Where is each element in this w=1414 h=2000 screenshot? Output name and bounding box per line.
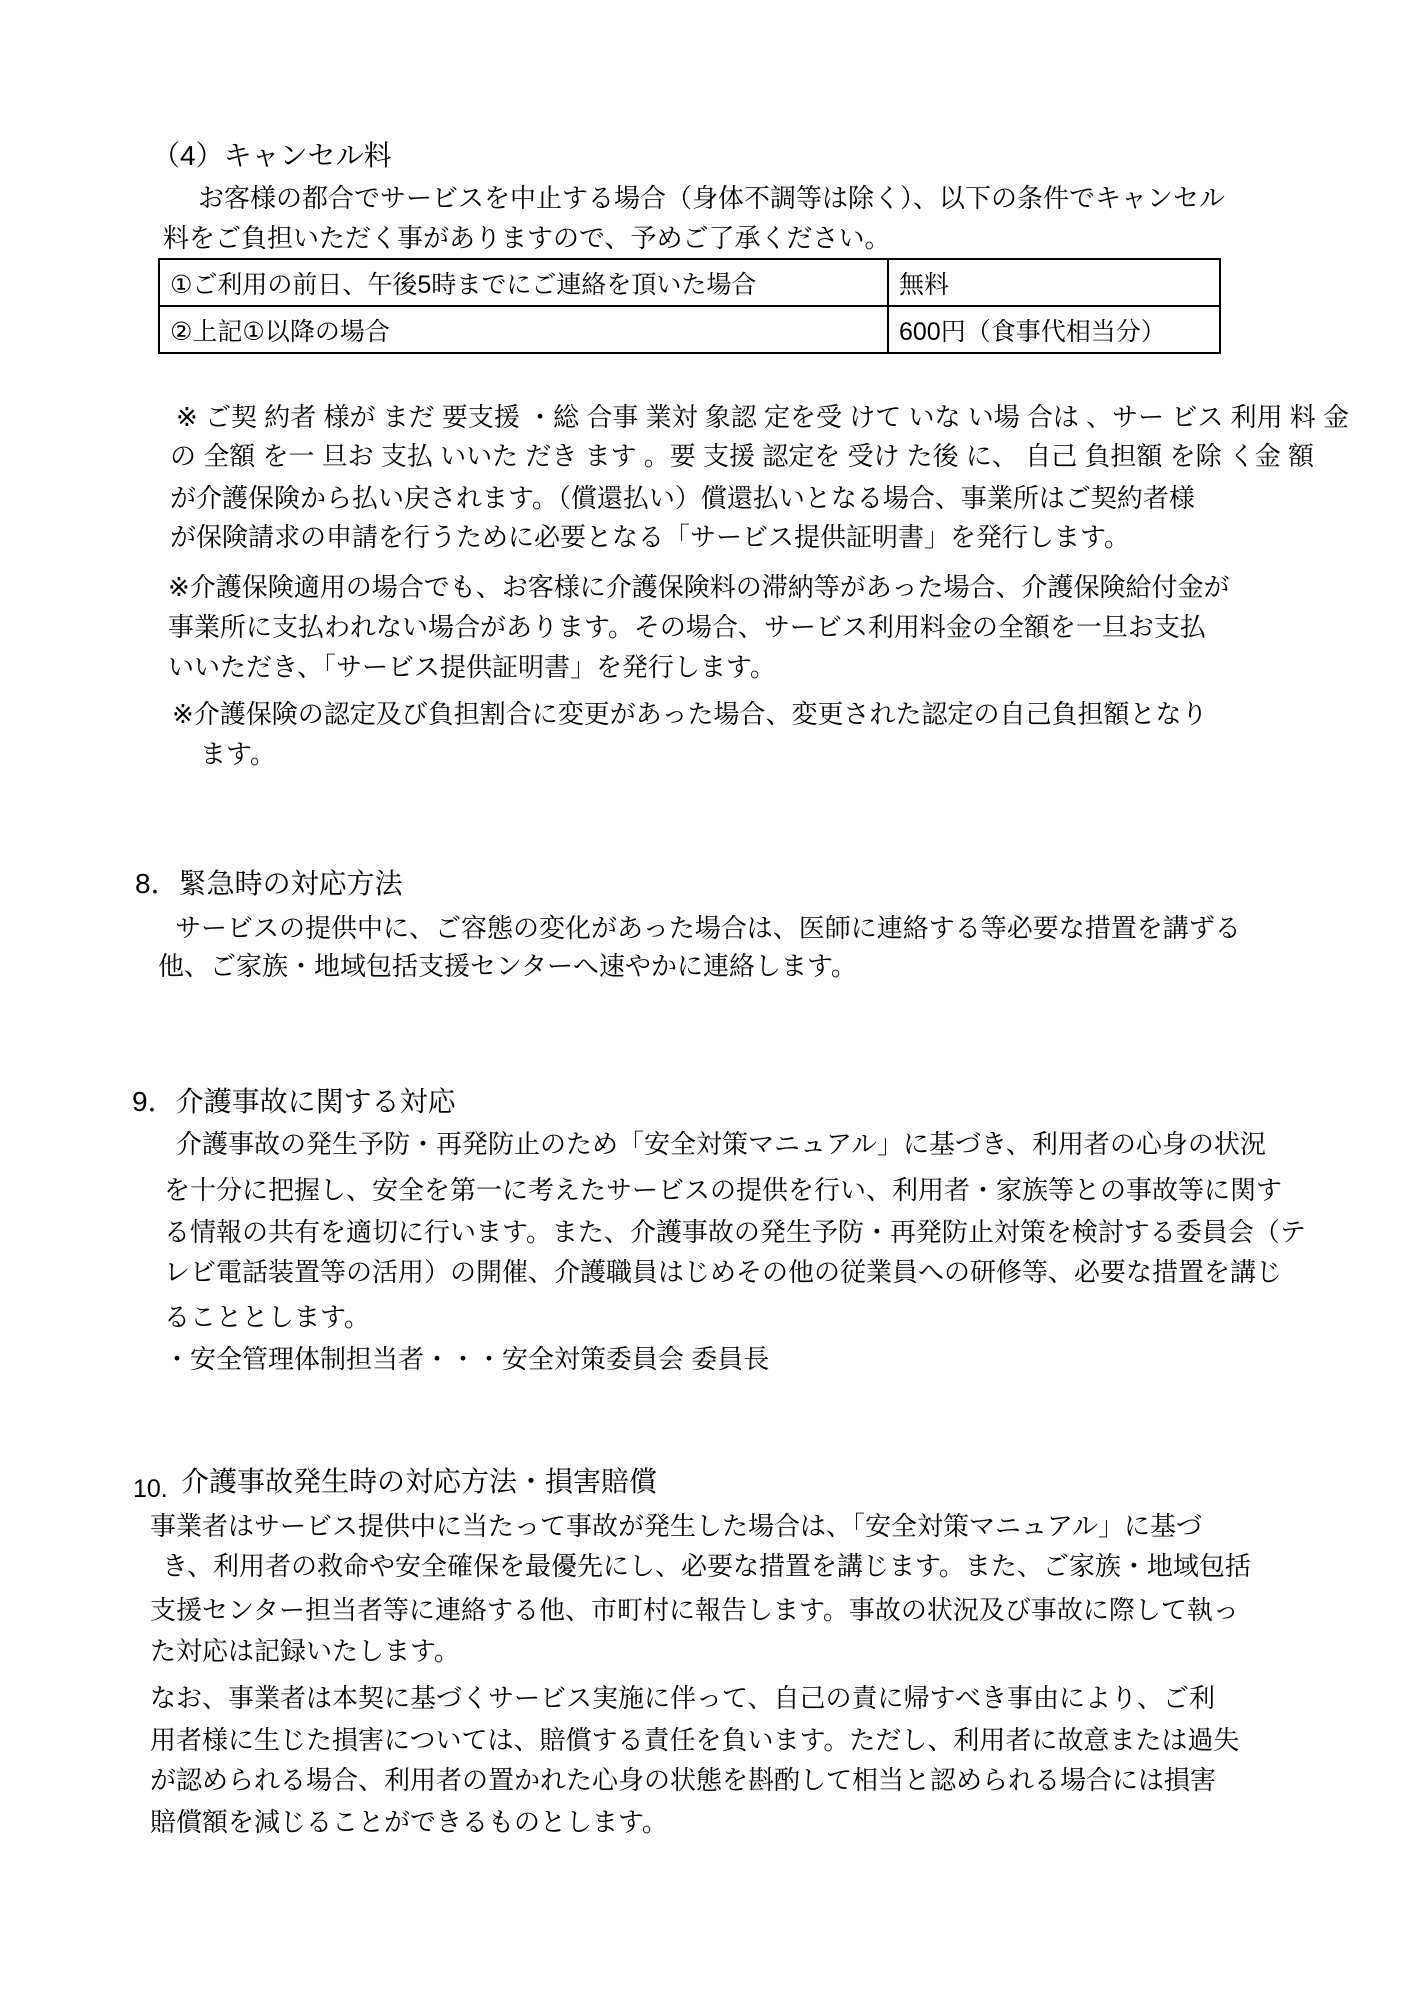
section9-heading: 9．介護事故に関する対応 xyxy=(132,1086,456,1118)
section8-body-line: サービスの提供中に、ご容態の変化があった場合は、医師に連絡する等必要な措置を講ず… xyxy=(175,914,1241,944)
section8-body-line: 他、ご家族・地域包括支援センターへ速やかに連絡します。 xyxy=(158,952,857,982)
note-line: の 全額 を一 旦お 支払 いいた だき ます 。要 支援 認定を 受け た後 … xyxy=(170,442,1314,472)
section9-body-line: 介護事故の発生予防・再発防止のため「安全対策マニュアル」に基づき、利用者の心身の… xyxy=(176,1130,1266,1160)
section10-body-line: が認められる場合、利用者の置かれた心身の状態を斟酌して相当と認められる場合には損… xyxy=(150,1766,1216,1796)
fee-condition-cell: ②上記①以降の場合 xyxy=(159,306,888,353)
section10-body-line: 支援センター担当者等に連絡する他、市町村に報告します。事故の状況及び事故に際して… xyxy=(150,1596,1239,1626)
section10-body-line: 賠償額を減じることができるものとします。 xyxy=(150,1808,668,1838)
fee-table-row: ②上記①以降の場合 600円（食事代相当分） xyxy=(159,306,1220,353)
fee-condition-cell: ①ご利用の前日、午後5時までにご連絡を頂いた場合 xyxy=(159,259,888,306)
section10-heading: 介護事故発生時の対応方法・損害賠償 xyxy=(181,1466,657,1498)
note-line: 事業所に支払われない場合があります。その場合、サービス利用料金の全額を一旦お支払 xyxy=(168,613,1206,643)
section8-heading: 8．緊急時の対応方法 xyxy=(135,868,403,900)
note-line: が保険請求の申請を行うために必要となる「サービス提供証明書」を発行します。 xyxy=(170,523,1130,553)
cancel-section-heading: （4）キャンセル料 xyxy=(152,140,392,172)
cancel-intro-line: 料をご負担いただく事がありますので、予めご了承ください。 xyxy=(163,224,890,254)
note-line: ※介護保険の認定及び負担割合に変更があった場合、変更された認定の自己負担額となり xyxy=(172,700,1208,730)
fee-table-row: ①ご利用の前日、午後5時までにご連絡を頂いた場合 無料 xyxy=(159,259,1220,306)
note-line: ※ ご契 約者 様が まだ 要支援 ・総 合事 業対 象認 定を受 けて いな … xyxy=(176,403,1349,433)
note-line: ※介護保険適用の場合でも、お客様に介護保険料の滞納等があった場合、介護保険給付金… xyxy=(168,573,1230,603)
fee-amount-cell: 600円（食事代相当分） xyxy=(888,306,1220,353)
section9-body-line: を十分に把握し、安全を第一に考えたサービスの提供を行い、利用者・家族等との事故等… xyxy=(164,1176,1282,1206)
section9-body-line: ることとします。 xyxy=(164,1303,370,1333)
section9-body-line: る情報の共有を適切に行います。また、介護事故の発生予防・再発防止対策を検討する委… xyxy=(164,1218,1306,1248)
section10-body-line: き、利用者の救命や安全確保を最優先にし、必要な措置を講じます。また、ご家族・地域… xyxy=(162,1552,1251,1582)
section10-body-line: 用者様に生じた損害については、賠償する責任を負います。ただし、利用者に故意または… xyxy=(150,1726,1239,1756)
cancel-intro-line: お客様の都合でサービスを中止する場合（身体不調等は除く）、以下の条件でキャンセル xyxy=(198,184,1225,214)
cancellation-fee-table: ①ご利用の前日、午後5時までにご連絡を頂いた場合 無料 ②上記①以降の場合 60… xyxy=(158,258,1221,354)
section10-number: 10. xyxy=(133,1475,168,1504)
note-line: が介護保険から払い戻されます。（償還払い）償還払いとなる場合、事業所はご契約者様 xyxy=(170,484,1195,514)
section10-body-line: た対応は記録いたします。 xyxy=(150,1637,460,1667)
section10-body-line: なお、事業者は本契に基づくサービス実施に伴って、自己の責に帰すべき事由により、ご… xyxy=(150,1684,1215,1714)
section9-body-line: ・安全管理体制担当者・・・安全対策委員会 委員長 xyxy=(164,1345,769,1375)
note-line: いいただき、「サービス提供証明書」を発行します。 xyxy=(168,653,776,683)
section10-body-line: 事業者はサービス提供中に当たって事故が発生した場合は、「安全対策マニュアル」に基… xyxy=(150,1512,1202,1542)
note-line: ます。 xyxy=(200,740,276,770)
section9-body-line: レビ電話装置等の活用）の開催、介護職員はじめその他の従業員への研修等、必要な措置… xyxy=(164,1258,1282,1288)
fee-amount-cell: 無料 xyxy=(888,259,1220,306)
document-page: （4）キャンセル料 お客様の都合でサービスを中止する場合（身体不調等は除く）、以… xyxy=(0,0,1414,2000)
